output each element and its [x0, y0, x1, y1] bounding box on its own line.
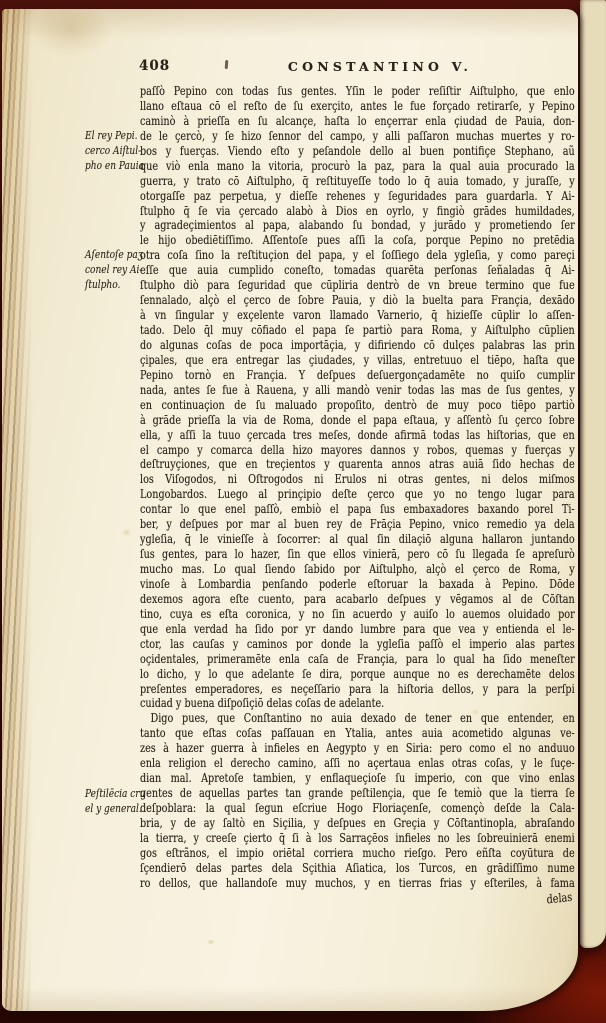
- body-line: à grāde prieſſa la via de Roma, donde el…: [140, 413, 575, 428]
- body-line: bria, y de ay ſaltò en Siçilia, y deſpue…: [140, 816, 575, 831]
- body-line: caminò à prieſſa en ſu alcançe, haſta lo…: [140, 114, 575, 129]
- body-line: guerra, y trato cō Aiſtulpho, q̄ reſtitu…: [140, 174, 575, 189]
- body-line: la tierra, y creeſe çierto q̄ ſi à los S…: [140, 831, 575, 846]
- body-line: ſçendierō delas partes dela Sçithia Aſia…: [140, 861, 575, 876]
- body-line: ygleſia, q̄ le vinieſſe à ſocorrer: al q…: [140, 532, 575, 547]
- body-line: à vn ſingular y exçelente varon llamado …: [140, 308, 575, 323]
- ink-spot: [225, 60, 229, 69]
- body-line: ſennalado, alçò el çerco de ſobre Pauia,…: [140, 293, 575, 308]
- book-photo: 408 CONSTANTINO V. El rey Pepi. cerco Ai…: [0, 0, 606, 1023]
- body-line: dexemos agora eſte cuento, para acabarlo…: [140, 592, 575, 607]
- body-line: deſtruyçiones, que en treçientos y quare…: [140, 457, 575, 472]
- body-line: tanto que eſtas coſas paſſauan en Ytalia…: [140, 726, 575, 741]
- gutter-shadow: [2, 9, 32, 1011]
- margin-note-line: Peſtilēcia cru: [85, 787, 146, 802]
- body-line: tado. Delo q̄l muy cōfiado el papa ſe pa…: [140, 323, 575, 338]
- body-line: do algunas coſas de poca importāçia, y d…: [140, 338, 575, 353]
- body-line: ctor, las cauſas y caminos por donde la …: [140, 637, 575, 652]
- body-line: y agradeçimientos al papa, alabando ſu b…: [140, 218, 575, 233]
- body-line: gentes de aquellas partes tan grande peſ…: [140, 786, 575, 801]
- body-line: ſtulpho diò para ſeguridad que cūpliria …: [140, 278, 575, 293]
- margin-note-line: El rey Pepi.: [85, 129, 146, 144]
- catchword-text: delas: [546, 890, 575, 907]
- body-line: gos eſtrãnos, el impio oriētal corriera …: [140, 846, 575, 861]
- body-line: ber, y deſpues por mar al buen rey de Fr…: [140, 517, 575, 532]
- margin-note-pepin-siege: El rey Pepi. cerco Aiſtul- pho en Pauia: [85, 129, 146, 173]
- body-line: lo dicho, y lo que adelante ſe dira, por…: [140, 667, 575, 682]
- body-line: tino, cuya es eſta coronica, y no ſin ac…: [140, 607, 575, 622]
- catchword: delas: [140, 891, 575, 905]
- body-line: cuidad y buena diſpoſiçiō delas coſas de…: [140, 696, 575, 711]
- margin-note-line: conel rey Ai-: [85, 263, 146, 278]
- margin-note-line: ſtulpho.: [85, 278, 146, 293]
- fore-edge-pages: [580, 0, 606, 948]
- body-line: paſſò Pepino con todas ſus gentes. Yſin …: [140, 84, 575, 99]
- margin-note-line: cerco Aiſtul-: [85, 144, 146, 159]
- body-line: de le çercò, y ſe hizo ſennor del campo,…: [140, 129, 575, 144]
- body-line: preſentes emperadores, es neçeſſario par…: [140, 682, 575, 697]
- body-line: ſtulpho q̄ ſe via çercado alabò à Dios e…: [140, 204, 575, 219]
- margin-note-line: el y general.: [85, 802, 146, 817]
- body-line: eſſe que auia cumplido coneſto, tomadas …: [140, 263, 575, 278]
- body-line: bos y fuerças. Viendo eſto y peſandole d…: [140, 144, 575, 159]
- margin-note-line: pho en Pauia: [85, 159, 146, 174]
- body-line: en continuaçion de ſu maluado propoſito,…: [140, 398, 575, 413]
- body-line: contar lo que enel paſſò, embiò el papa …: [140, 502, 575, 517]
- body-line: otorgaſſe paz perpetua, y dieſſe rehenes…: [140, 189, 575, 204]
- body-line: los Viſogodos, ni Oſtrogodos ni Erulos n…: [140, 472, 575, 487]
- margin-note-line: Aſentoſe paʒ: [85, 248, 146, 263]
- running-title: CONSTANTINO V.: [270, 59, 490, 74]
- body-line: mucho mas. Lo qual ſiendo ſabido por Aiſ…: [140, 562, 575, 577]
- body-line: ella, y aſſi la tuuo çercada tres meſes,…: [140, 428, 575, 443]
- body-line: ſus gentes, para lo hazer, ſin que ellos…: [140, 547, 575, 562]
- body-line: llano eſtaua cō el reſto de ſu exerçito,…: [140, 99, 575, 114]
- body-line: otra coſa ſino la reſtituçion del papa, …: [140, 248, 575, 263]
- body-line: Longobardos. Luego al prinçipio deſte çe…: [140, 487, 575, 502]
- body-line: que viò enla mano la vitoria, procurò la…: [140, 159, 575, 174]
- body-line: Digo pues, que Conſtantino no auia dexad…: [140, 711, 575, 726]
- body-line: Pepino tornò en Françia. Y deſpues deſue…: [140, 368, 575, 383]
- foxing-spot: [122, 529, 131, 536]
- body-line: le hijo obediētiſſimo. Aſſentoſe pues aſ…: [140, 233, 575, 248]
- body-line: nada, antes ſe fue à Rauena, y alli mand…: [140, 383, 575, 398]
- body-line: el campo y comarca della hizo mayores da…: [140, 443, 575, 458]
- page-number: 408: [139, 58, 170, 74]
- body-line: enla religion el derecho camino, aſſi no…: [140, 756, 575, 771]
- body-line: que enla verdad ha ſido por yr dando lum…: [140, 622, 575, 637]
- body-line: oçidentales, primeramēte enla caſa de Fr…: [140, 652, 575, 667]
- body-line: deſpoblara: la qual ſegun eſcriue Hogo F…: [140, 801, 575, 816]
- body-line: zes à hazer guerra à infieles en Aegypto…: [140, 741, 575, 756]
- body-line: vinoſe à Lombardia penſando poderle eſto…: [140, 577, 575, 592]
- body-line: ro dellos, que hallandoſe muy muchos, y …: [140, 876, 575, 891]
- body-line: çipales, que era entregar las çiudades, …: [140, 353, 575, 368]
- body-text: paſſò Pepino con todas ſus gentes. Yſin …: [140, 84, 575, 891]
- foxing-spot: [207, 939, 215, 945]
- margin-note-pestilence: Peſtilēcia cru el y general.: [85, 787, 146, 817]
- margin-note-peace-aistulf: Aſentoſe paʒ conel rey Ai- ſtulpho.: [85, 248, 146, 292]
- body-line: dian mal. Apretoſe tambien, y enflaqueçi…: [140, 771, 575, 786]
